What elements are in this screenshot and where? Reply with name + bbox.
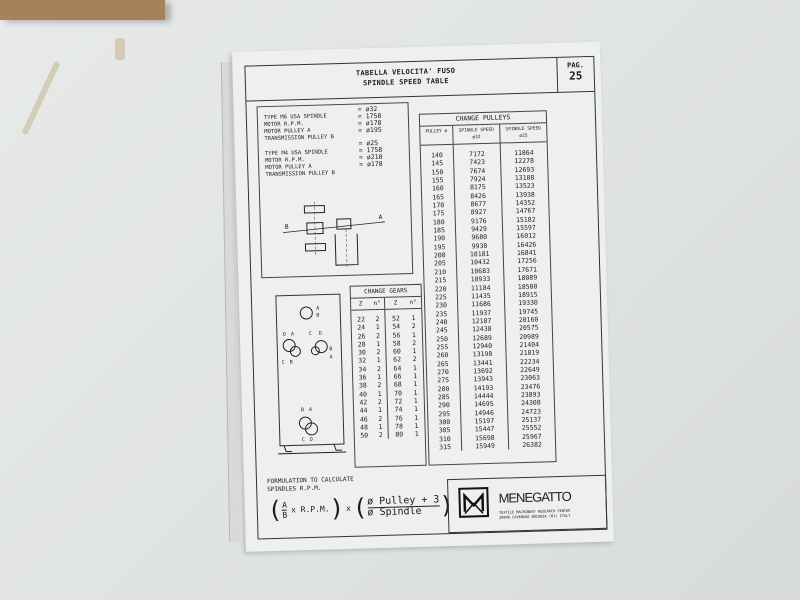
speed-32-column: 7172742376747924817584268677892791769429… xyxy=(454,144,510,452)
numerator: A xyxy=(282,500,287,510)
column-header: PULLEY ø xyxy=(420,126,453,145)
svg-text:B: B xyxy=(290,359,293,365)
svg-text:B: B xyxy=(285,223,289,230)
gear-n-column: 121212111111111 xyxy=(406,309,424,439)
svg-text:A: A xyxy=(379,214,383,221)
page-number: 25 xyxy=(558,69,594,83)
svg-text:A: A xyxy=(309,407,312,413)
stain-mark xyxy=(115,38,125,60)
svg-text:A: A xyxy=(291,331,294,337)
svg-text:A: A xyxy=(329,354,332,360)
column-header: SPINDLE SPEED ø25 xyxy=(500,123,546,142)
paren-open: ( xyxy=(353,495,368,519)
spindle-spec-box: = ø32 TYPE M6 USA SPINDLE = 1758 MOTOR R… xyxy=(257,102,414,278)
svg-text:D: D xyxy=(310,437,313,443)
spec-value: = ø178 xyxy=(359,161,383,169)
svg-text:B: B xyxy=(329,346,332,352)
document-page: TABELLA VELOCITA' FUSO SPINDLE SPEED TAB… xyxy=(232,42,614,552)
column-header: SPINDLE SPEED ø32 xyxy=(453,125,500,144)
svg-text:C: C xyxy=(282,360,285,366)
svg-text:B: B xyxy=(316,313,319,319)
formula-caption-line: SPINDLES R.P.M. xyxy=(267,484,354,494)
fraction-pulley-spindle: ø Pulley + 3 ø Spindle xyxy=(367,495,440,518)
table-cell: 315 xyxy=(429,443,461,452)
brand-tagline: TEXTILE MACHINERY RESEARCH CENTER 20040 … xyxy=(499,509,571,521)
formula-caption: FORMULATION TO CALCULATE SPINDLES R.P.M. xyxy=(267,476,354,494)
column-header: Z xyxy=(385,297,406,309)
rpm-formula: ( A B x R.P.M. ) x ( ø Pulley + 3 ø Spin… xyxy=(267,493,454,522)
table-body: 1401451501551601651701751801851901952002… xyxy=(421,142,556,452)
table-body: 222426283032343638404244464850 212121212… xyxy=(351,309,425,440)
svg-text:A: A xyxy=(316,306,319,312)
page-frame: TABELLA VELOCITA' FUSO SPINDLE SPEED TAB… xyxy=(244,56,607,540)
table-cell: 1 xyxy=(410,430,424,439)
denominator: ø Spindle xyxy=(367,506,440,518)
spec-label: TRANSMISSION PULLEY B xyxy=(265,170,335,179)
svg-text:C: C xyxy=(309,331,312,337)
paren-close: ) xyxy=(329,496,344,520)
times-sign: x xyxy=(346,503,351,512)
table-cell: 15949 xyxy=(462,441,508,451)
menegatto-logo-icon xyxy=(458,487,489,518)
fraction-a-b: A B xyxy=(282,500,287,519)
column-header: n° xyxy=(406,297,420,308)
pulley-diagram-icon: B A xyxy=(274,200,396,273)
page-number-box: PAG. 25 xyxy=(556,57,594,92)
table-cell: 26382 xyxy=(509,440,555,450)
svg-text:B: B xyxy=(301,407,304,413)
speed-25-column: 1186412278126931310813523139381435214767… xyxy=(501,142,556,450)
table-cell: 80 xyxy=(389,430,410,439)
spec-value: = ø195 xyxy=(358,127,382,135)
change-pulleys-table: CHANGE PULLEYS PULLEY ø SPINDLE SPEED ø3… xyxy=(419,110,557,465)
table-cell: 2 xyxy=(374,431,388,440)
brand-block: MENEGATTO TEXTILE MACHINERY RESEARCH CEN… xyxy=(447,475,607,533)
brand-name: MENEGATTO xyxy=(498,489,571,506)
title-block: TABELLA VELOCITA' FUSO SPINDLE SPEED TAB… xyxy=(245,57,594,102)
svg-text:D: D xyxy=(319,331,322,337)
page-title: TABELLA VELOCITA' FUSO SPINDLE SPEED TAB… xyxy=(306,64,506,90)
column-header: n° xyxy=(370,298,385,309)
table-cell: 50 xyxy=(355,431,374,440)
paren-open: ( xyxy=(267,498,282,522)
tagline-line: 20040 CAVENAGO BRIANZA (MI) ITALY xyxy=(499,514,571,521)
spec-label: TRANSMISSION PULLEY B xyxy=(264,134,334,143)
denominator: B xyxy=(282,510,287,519)
column-header: Z xyxy=(351,298,370,310)
change-gears-table: CHANGE GEARS Z n° Z n° 22242628303234363… xyxy=(350,284,427,468)
times-rpm: x R.P.M. xyxy=(291,504,330,514)
svg-text:D: D xyxy=(283,332,286,338)
machine-gear-diagram-icon: A B D A C B C D B A B A C D xyxy=(272,292,349,459)
svg-text:C: C xyxy=(302,437,305,443)
cardboard-box xyxy=(0,0,165,20)
